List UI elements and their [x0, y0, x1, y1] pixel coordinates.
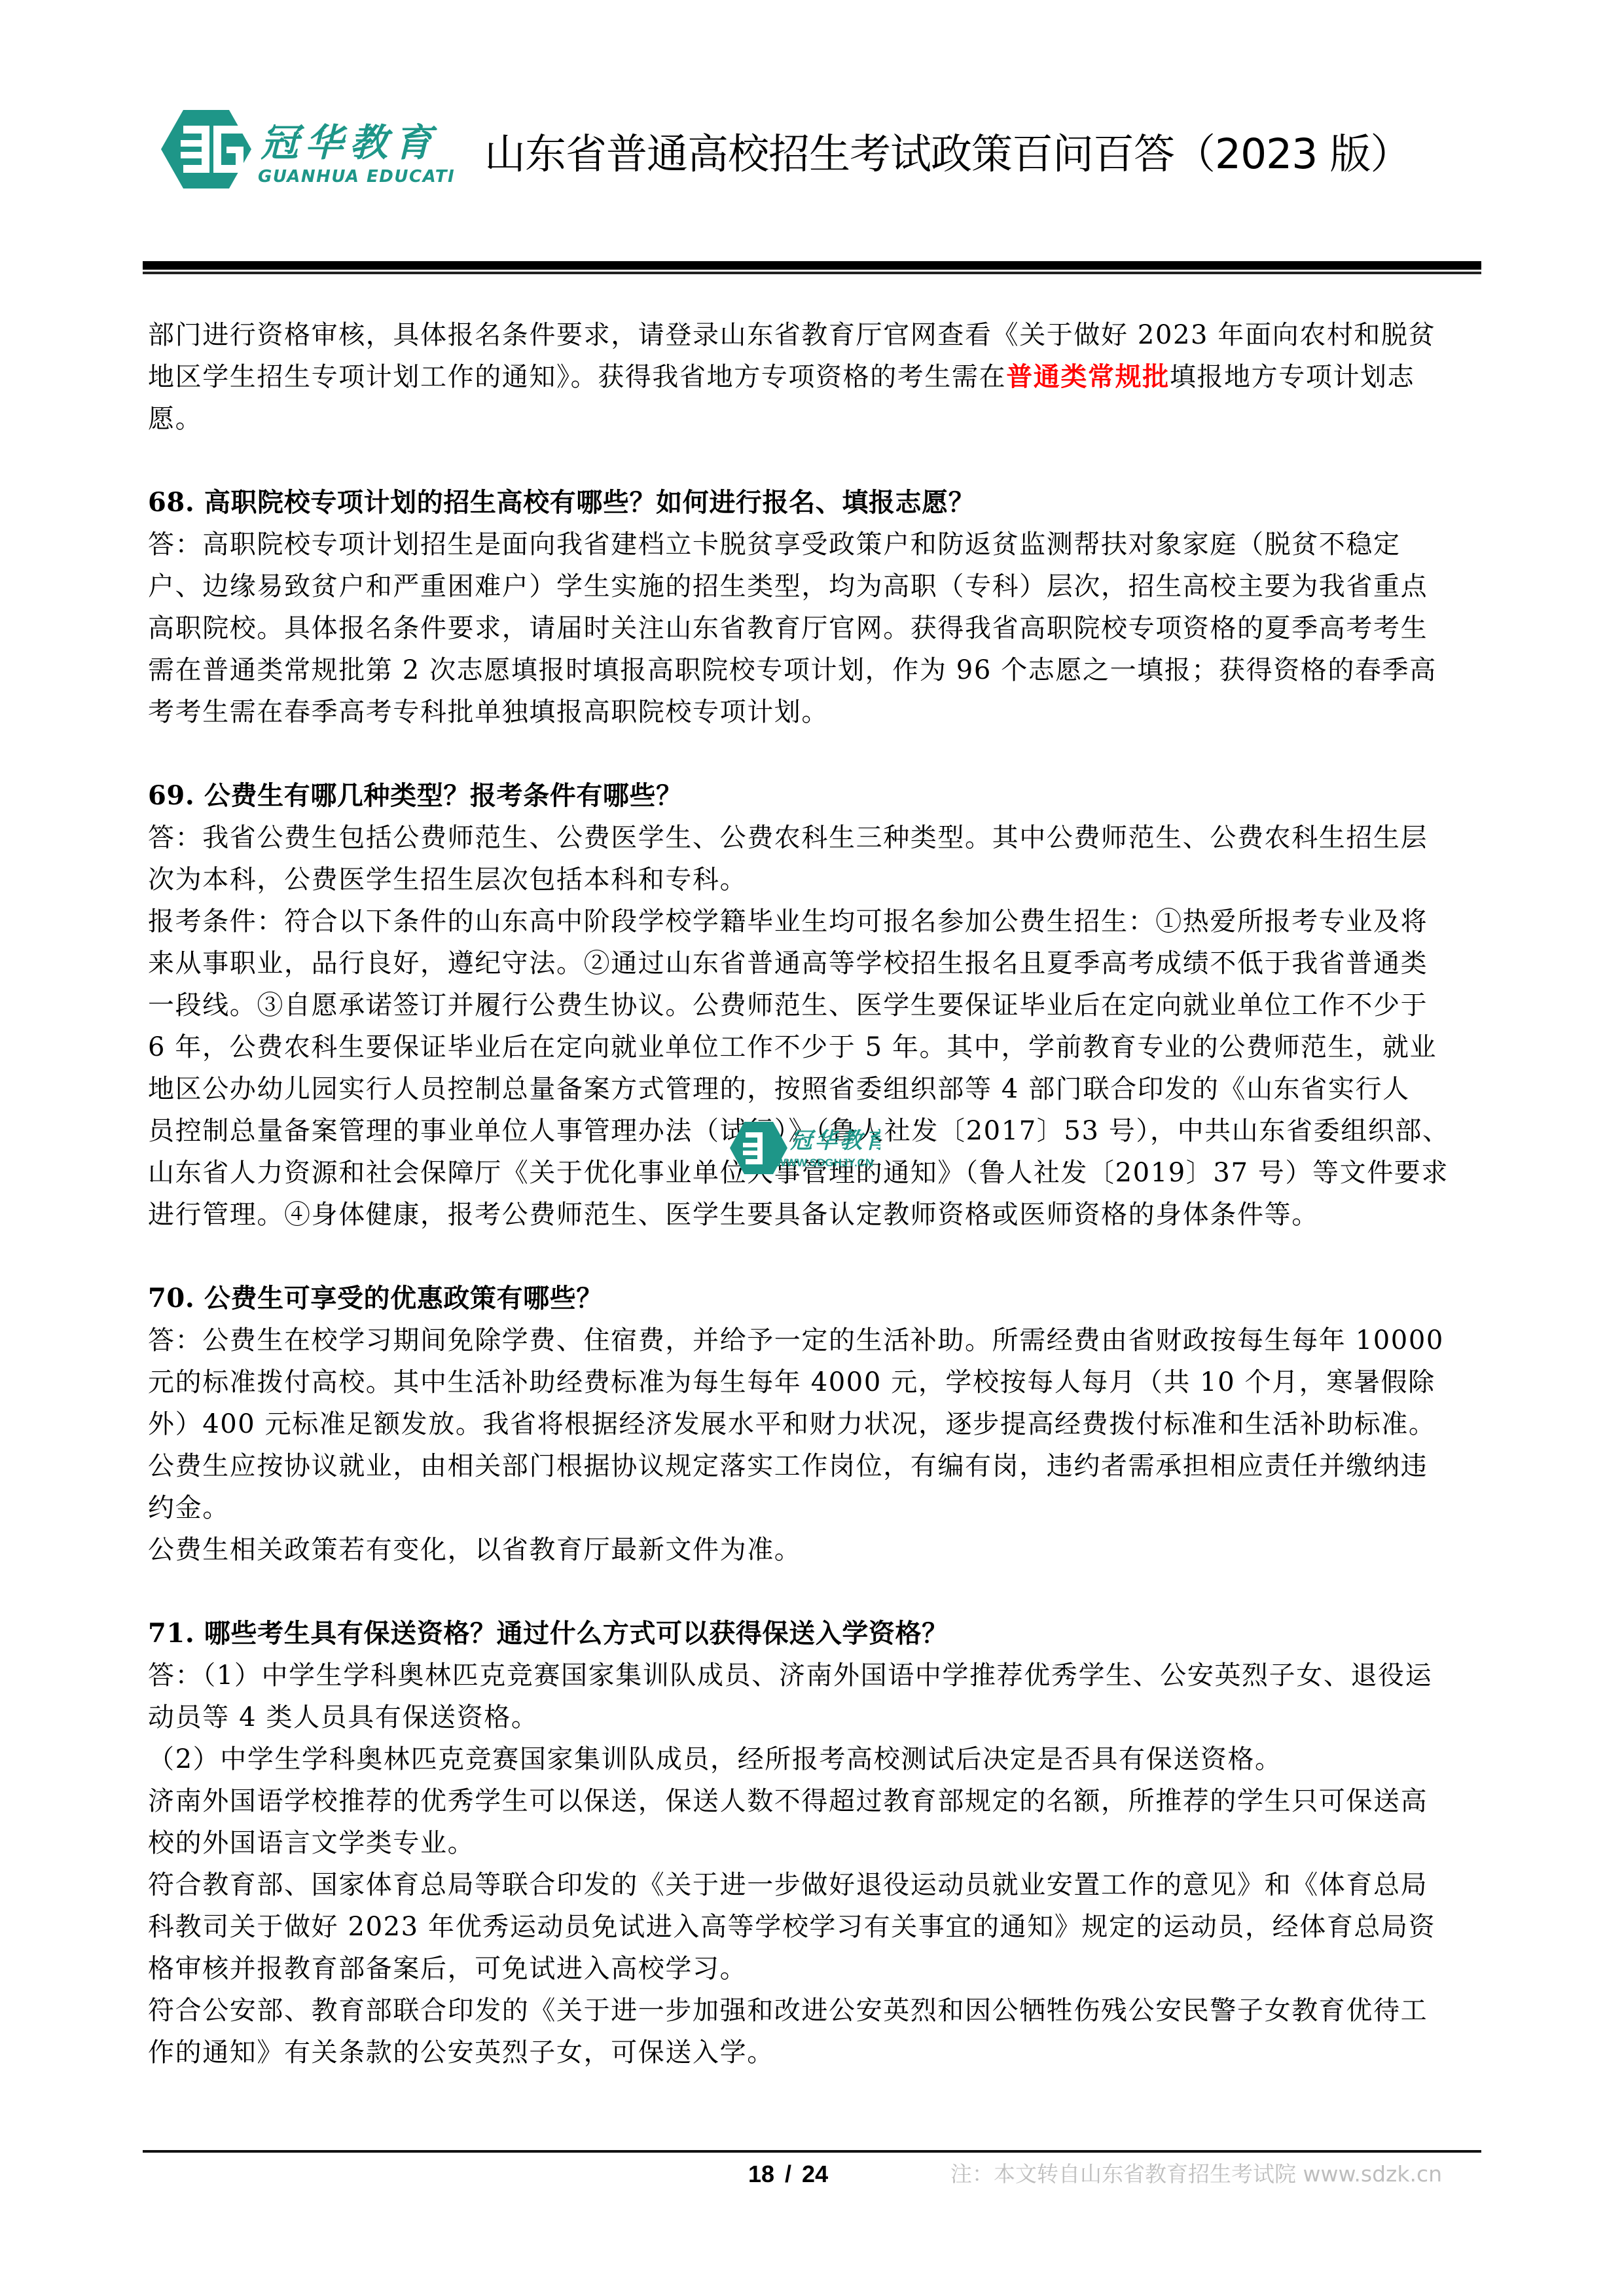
answer-line: 作的通知》有关条款的公安英烈子女，可保送入学。 — [148, 2032, 1483, 2073]
answer-line: 公费生应按协议就业，由相关部门根据协议规定落实工作岗位，有编有岗，违约者需承担相… — [148, 1445, 1483, 1487]
answer-line: 报考条件：符合以下条件的山东高中阶段学校学籍毕业生均可报名参加公费生招生：①热爱… — [148, 901, 1483, 942]
watermark-logo: 冠华教育 WWW.SDGHJY.CN — [730, 1122, 880, 1181]
question-heading: 69. 公费生有哪几种类型？报考条件有哪些？ — [148, 775, 1483, 817]
answer-line: 次为本科，公费医学生招生层次包括本科和专科。 — [148, 859, 1483, 901]
qa-section-70: 70. 公费生可享受的优惠政策有哪些？ 答：公费生在校学习期间免除学费、住宿费，… — [148, 1278, 1483, 1571]
answer-line: 格审核并报教育部备案后，可免试进入高校学习。 — [148, 1948, 1483, 1990]
page-number: 18 / 24 — [748, 2159, 828, 2190]
answer-line: 来从事职业，品行良好，遵纪守法。②通过山东省普通高等学校招生报名且夏季高考成绩不… — [148, 942, 1483, 984]
svg-text:WWW.SDGHJY.CN: WWW.SDGHJY.CN — [776, 1157, 873, 1169]
answer-line: 进行管理。④身体健康，报考公费师范生、医学生要具备认定教师资格或医师资格的身体条… — [148, 1194, 1483, 1236]
question-heading: 71. 哪些考生具有保送资格？通过什么方式可以获得保送入学资格？ — [148, 1613, 1483, 1655]
answer-line: 答：公费生在校学习期间免除学费、住宿费，并给予一定的生活补助。所需经费由省财政按… — [148, 1319, 1483, 1361]
source-note: 注：本文转自山东省教育招生考试院 www.sdzk.cn — [950, 2159, 1442, 2190]
document-title: 山东省普通高校招生考试政策百问百答（2023 版） — [484, 121, 1411, 181]
guanhua-logo-icon: 冠华教育 GUANHUA EDUCATION — [161, 110, 456, 188]
header-divider-thick — [143, 261, 1481, 270]
footer-divider — [143, 2150, 1481, 2153]
answer-line: 需在普通类常规批第 2 次志愿填报时填报高职院校专项计划，作为 96 个志愿之一… — [148, 649, 1483, 691]
answer-line: 校的外国语言文学类专业。 — [148, 1822, 1483, 1864]
paragraph-gap — [148, 440, 1483, 482]
guanhua-logo: 冠华教育 GUANHUA EDUCATION — [161, 110, 456, 188]
answer-line: 约金。 — [148, 1487, 1483, 1529]
document-body: 部门进行资格审核，具体报名条件要求，请登录山东省教育厅官网查看《关于做好 202… — [148, 314, 1483, 2073]
answer-line: 符合公安部、教育部联合印发的《关于进一步加强和改进公安英烈和因公牺牲伤残公安民警… — [148, 1990, 1483, 2032]
answer-line: 一段线。③自愿承诺签订并履行公费生协议。公费师范生、医学生要保证毕业后在定向就业… — [148, 984, 1483, 1026]
answer-line: 元的标准拨付高校。其中生活补助经费标准为每生每年 4000 元，学校按每人每月（… — [148, 1361, 1483, 1403]
text-line: 地区学生招生专项计划工作的通知》。获得我省地方专项资格的考生需在普通类常规批填报… — [148, 356, 1483, 398]
paragraph-gap — [148, 1236, 1483, 1278]
answer-line: 高职院校。具体报名条件要求，请届时关注山东省教育厅官网。获得我省高职院校专项资格… — [148, 607, 1483, 649]
text-line: 部门进行资格审核，具体报名条件要求，请登录山东省教育厅官网查看《关于做好 202… — [148, 314, 1483, 356]
guanhua-watermark-icon: 冠华教育 WWW.SDGHJY.CN — [730, 1122, 880, 1181]
answer-line: 答：（1）中学生学科奥林匹克竞赛国家集训队成员、济南外国语中学推荐优秀学生、公安… — [148, 1655, 1483, 1696]
answer-line: 济南外国语学校推荐的优秀学生可以保送，保送人数不得超过教育部规定的名额，所推荐的… — [148, 1780, 1483, 1822]
highlighted-batch-name: 普通类常规批 — [1006, 361, 1170, 392]
svg-text:冠华教育: 冠华教育 — [790, 1128, 880, 1154]
question-heading: 70. 公费生可享受的优惠政策有哪些？ — [148, 1278, 1483, 1319]
paragraph-gap — [148, 1571, 1483, 1613]
svg-text:GUANHUA EDUCATION: GUANHUA EDUCATION — [258, 167, 456, 187]
answer-line: 公费生相关政策若有变化，以省教育厅最新文件为准。 — [148, 1529, 1483, 1571]
text-span: 地区学生招生专项计划工作的通知》。获得我省地方专项资格的考生需在 — [148, 362, 1006, 392]
continuation-paragraph: 部门进行资格审核，具体报名条件要求，请登录山东省教育厅官网查看《关于做好 202… — [148, 314, 1483, 440]
header-divider-thin — [143, 272, 1481, 274]
svg-text:冠华教育: 冠华教育 — [261, 120, 439, 165]
answer-line: 符合教育部、国家体育总局等联合印发的《关于进一步做好退役运动员就业安置工作的意见… — [148, 1864, 1483, 1906]
text-span: 填报地方专项计划志 — [1170, 362, 1415, 392]
answer-line: 答：我省公费生包括公费师范生、公费医学生、公费农科生三种类型。其中公费师范生、公… — [148, 817, 1483, 859]
paragraph-gap — [148, 733, 1483, 775]
answer-line: 动员等 4 类人员具有保送资格。 — [148, 1696, 1483, 1738]
question-heading: 68. 高职院校专项计划的招生高校有哪些？如何进行报名、填报志愿？ — [148, 482, 1483, 524]
answer-line: （2）中学生学科奥林匹克竞赛国家集训队成员，经所报考高校测试后决定是否具有保送资… — [148, 1738, 1483, 1780]
answer-line: 答：高职院校专项计划招生是面向我省建档立卡脱贫享受政策户和防返贫监测帮扶对象家庭… — [148, 524, 1483, 565]
page-header: 冠华教育 GUANHUA EDUCATION 山东省普通高校招生考试政策百问百答… — [0, 0, 1624, 281]
answer-line: 外）400 元标准足额发放。我省将根据经济发展水平和财力状况，逐步提高经费拨付标… — [148, 1403, 1483, 1445]
answer-line: 6 年，公费农科生要保证毕业后在定向就业单位工作不少于 5 年。其中，学前教育专… — [148, 1026, 1483, 1068]
answer-line: 地区公办幼儿园实行人员控制总量备案方式管理的，按照省委组织部等 4 部门联合印发… — [148, 1068, 1483, 1110]
answer-line: 科教司关于做好 2023 年优秀运动员免试进入高等学校学习有关事宜的通知》规定的… — [148, 1906, 1483, 1948]
text-line: 愿。 — [148, 398, 1483, 440]
qa-section-68: 68. 高职院校专项计划的招生高校有哪些？如何进行报名、填报志愿？ 答：高职院校… — [148, 482, 1483, 733]
answer-line: 户、边缘易致贫户和严重困难户）学生实施的招生类型，均为高职（专科）层次，招生高校… — [148, 565, 1483, 607]
answer-line: 考考生需在春季高考专科批单独填报高职院校专项计划。 — [148, 691, 1483, 733]
qa-section-71: 71. 哪些考生具有保送资格？通过什么方式可以获得保送入学资格？ 答：（1）中学… — [148, 1613, 1483, 2073]
